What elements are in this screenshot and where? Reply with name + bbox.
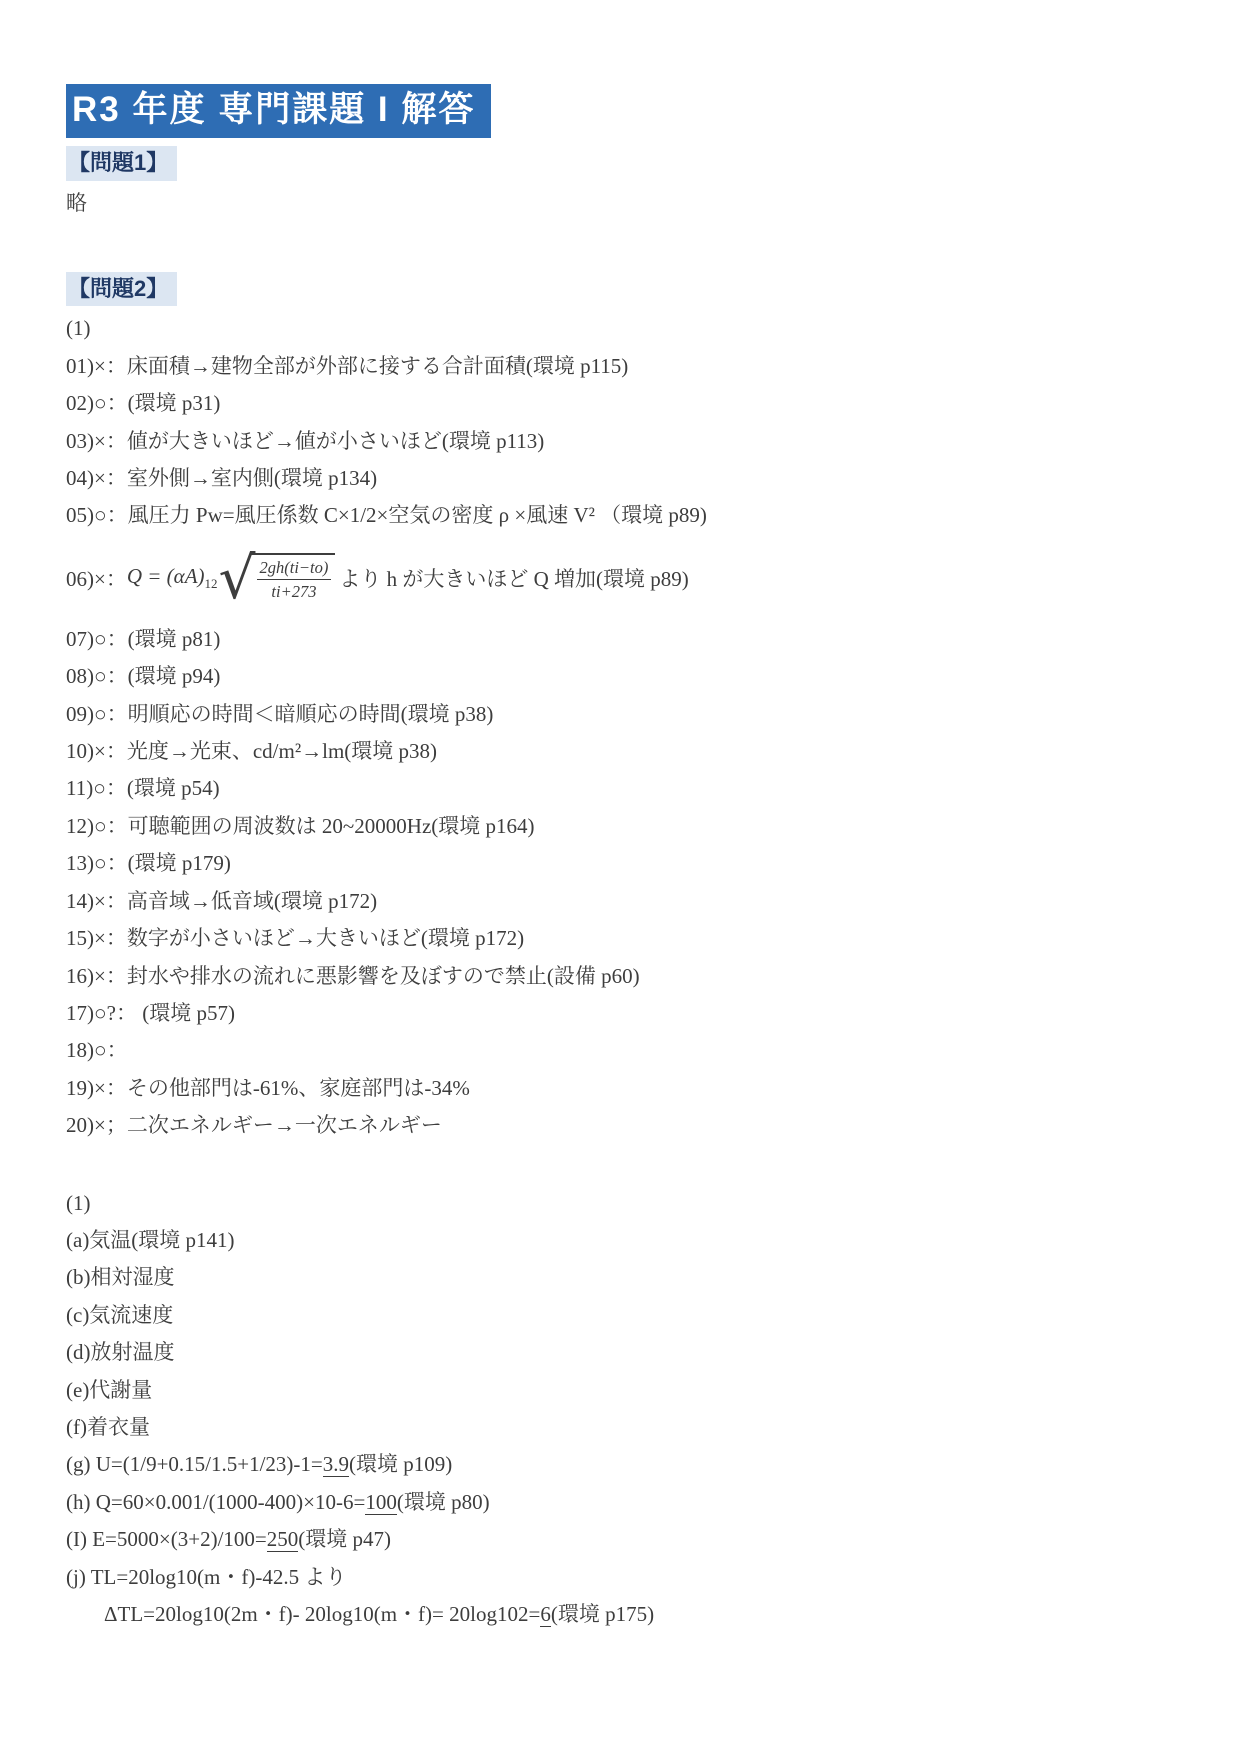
answer-line-19: 19)×：その他部門は-61%、家庭部門は-34% <box>66 1070 1183 1107</box>
part2-item-g: (g) U=(1/9+0.15/1.5+1/23)-1=3.9(環境 p109) <box>66 1446 1183 1483</box>
formula-fraction: 2gh(ti−to) ti+273 <box>251 553 336 603</box>
fraction-numerator: 2gh(ti−to) <box>257 557 332 580</box>
formula-radical: √ 2gh(ti−to) ti+273 <box>219 553 336 603</box>
problem1-body: 略 <box>66 185 1183 222</box>
part2-item-j-line2: ΔTL=20log10(2m・f)- 20log10(m・f)= 20log10… <box>66 1596 1183 1633</box>
answer-line-09: 09)○：明順応の時間＜暗順応の時間(環境 p38) <box>66 696 1183 733</box>
part2-item-d: (d)放射温度 <box>66 1334 1183 1371</box>
part2-item-e: (e)代謝量 <box>66 1372 1183 1409</box>
answer-line-18: 18)○： <box>66 1032 1183 1069</box>
answer-line-04: 04)×：室外側→室内側(環境 p134) <box>66 460 1183 497</box>
answer-line-05: 05)○：風圧力 Pw=風圧係数 C×1/2×空気の密度 ρ ×風速 V² （環… <box>66 497 1183 534</box>
answer-line-16: 16)×：封水や排水の流れに悪影響を及ぼすので禁止(設備 p60) <box>66 958 1183 995</box>
problem2-heading: 【問題2】 <box>66 272 177 307</box>
calc-j-result: 6 <box>540 1602 551 1627</box>
answer-line-20: 20)×；二次エネルギー→一次エネルギー <box>66 1107 1183 1144</box>
fraction-denominator: ti+273 <box>271 580 316 602</box>
answer-line-14: 14)×：高音域→低音域(環境 p172) <box>66 883 1183 920</box>
answer-line-08: 08)○：(環境 p94) <box>66 658 1183 695</box>
part2-item-i: (I) E=5000×(3+2)/100=250(環境 p47) <box>66 1521 1183 1558</box>
answer-line-07: 07)○：(環境 p81) <box>66 621 1183 658</box>
answer-line-03: 03)×：値が大きいほど→値が小さいほど(環境 p113) <box>66 423 1183 460</box>
calc-g-result: 3.9 <box>323 1452 349 1477</box>
part2-item-b: (b)相対湿度 <box>66 1259 1183 1296</box>
answer-06-suffix: より h が大きいほど Q 増加(環境 p89) <box>339 563 688 593</box>
formula-subscript: 12 <box>205 576 218 591</box>
answer-line-17: 17)○?： (環境 p57) <box>66 995 1183 1032</box>
calc-h-reference: (環境 p80) <box>397 1490 490 1514</box>
calc-g-expression: (g) U=(1/9+0.15/1.5+1/23)-1= <box>66 1452 323 1476</box>
problem1-heading: 【問題1】 <box>66 146 177 181</box>
document-page: R3 年度 専門課題 I 解答 【問題1】 略 【問題2】 (1) 01)×：床… <box>0 0 1241 1754</box>
page-title: R3 年度 専門課題 I 解答 <box>66 84 491 138</box>
part2-item-h: (h) Q=60×0.001/(1000-400)×10-6=100(環境 p8… <box>66 1484 1183 1521</box>
answer-line-11: 11)○：(環境 p54) <box>66 770 1183 807</box>
calc-h-result: 100 <box>365 1490 397 1515</box>
part2-item-a: (a)気温(環境 p141) <box>66 1222 1183 1259</box>
answer-line-15: 15)×：数字が小さいほど→大きいほど(環境 p172) <box>66 920 1183 957</box>
answer-line-02: 02)○：(環境 p31) <box>66 385 1183 422</box>
calc-i-reference: (環境 p47) <box>298 1527 391 1551</box>
problem2-part1-label: (1) <box>66 310 1183 347</box>
calc-i-expression: (I) E=5000×(3+2)/100= <box>66 1527 267 1551</box>
calc-h-expression: (h) Q=60×0.001/(1000-400)×10-6= <box>66 1490 365 1514</box>
part2-item-f: (f)着衣量 <box>66 1409 1183 1446</box>
answer-06-prefix: 06)×： <box>66 563 127 593</box>
formula-lhs: Q = (αA) <box>127 564 205 588</box>
formula-lhs-wrap: Q = (αA)12 <box>127 564 218 592</box>
part2-item-c: (c)気流速度 <box>66 1297 1183 1334</box>
calc-i-result: 250 <box>267 1527 299 1552</box>
part2-item-j-line1: (j) TL=20log10(m・f)-42.5 より <box>66 1559 1183 1596</box>
answer-line-10: 10)×：光度→光束、cd/m²→lm(環境 p38) <box>66 733 1183 770</box>
calc-g-reference: (環境 p109) <box>349 1452 452 1476</box>
answer-line-12: 12)○：可聴範囲の周波数は 20~20000Hz(環境 p164) <box>66 808 1183 845</box>
calc-j-reference: (環境 p175) <box>551 1602 654 1626</box>
calc-j-expression: ΔTL=20log10(2m・f)- 20log10(m・f)= 20log10… <box>104 1602 540 1626</box>
answer-line-01: 01)×：床面積→建物全部が外部に接する合計面積(環境 p115) <box>66 348 1183 385</box>
answer-line-13: 13)○：(環境 p179) <box>66 845 1183 882</box>
answer-line-06: 06)×： Q = (αA)12 √ 2gh(ti−to) ti+273 より … <box>66 535 1183 621</box>
problem2-part2-label: (1) <box>66 1185 1183 1222</box>
